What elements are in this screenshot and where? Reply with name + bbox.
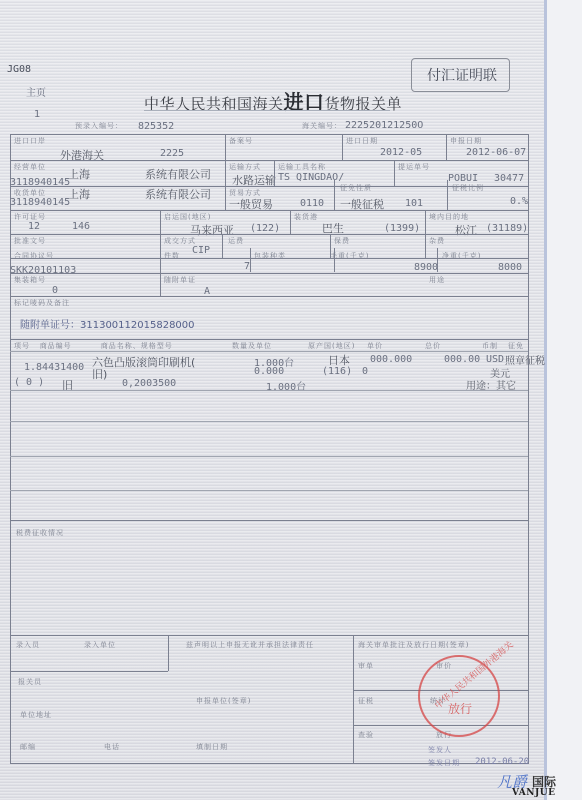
misc-fee-label: 杂费 [429,236,445,246]
import-port-label: 进口口岸 [14,136,46,146]
divider [225,186,226,210]
divider [342,134,343,160]
destination-label: 境内目的地 [429,212,469,222]
row-line [10,234,528,235]
col-exemption: 征免 [508,341,524,351]
row-line [10,635,528,636]
row-line [10,421,528,422]
col-hs-code: 商品编号 [40,342,72,350]
net-weight-value: 8000 [498,262,522,273]
origin-label: 启运国(地区) [164,212,211,222]
col-country: 原产国(地区) [308,341,355,351]
origin-code: (122) [250,223,280,234]
preentry-value: 825352 [138,121,174,132]
approval-label: 批准文号 [14,236,46,246]
issuer-label: 签发人 [428,745,452,755]
goods-exemption: 照章征税 [505,352,545,367]
issue-date-value: 2012-06-20 [475,757,529,767]
divider [222,234,223,258]
divider [225,160,226,186]
divider [225,134,226,160]
divider [168,635,169,671]
scan-margin [547,0,582,800]
goods-spec-value: 0,2003500 [122,378,176,389]
divider [446,134,447,160]
destination-value: 松江 [455,222,477,238]
container-value: 0 [52,285,58,296]
consignee-value: 上海 [68,186,90,202]
transport-mode-label: 运输方式 [229,162,261,172]
unit-address-label: 单位地址 [20,710,52,720]
destination-code: (31189) [486,223,528,234]
seal-center-text: 放行 [448,700,472,717]
row-line [10,296,528,297]
goods-qty2: 0.000 [254,366,284,377]
gross-weight-value: 8900 [414,262,438,273]
goods-name-2: 旧) [92,366,107,382]
row-line [10,273,528,274]
business-unit-value2: 系统有限公司 [145,166,211,182]
row-line [10,210,528,211]
container-label: 集装箱号 [14,275,46,285]
license-value: 12 [28,221,40,232]
col-item-no: 项号 [14,342,30,350]
divider [447,180,448,210]
consignee-code: 3118940145 [10,197,70,208]
customs-approval-label: 海关审单批注及放行日期(签章) [358,640,469,650]
divider [394,160,395,186]
net-weight-label: 净重(千克) [442,251,481,261]
package-label: 包装种类 [254,251,286,261]
postcode-label: 邮编 [20,742,36,752]
declarant-label: 报关员 [18,677,42,687]
contract-label: 合同协议号 [14,251,54,261]
declare-date-value: 2012-06-07 [466,147,526,158]
gross-weight-label: 毛重(千克) [330,251,369,261]
row-line [10,390,528,391]
goods-extra: 0 [362,366,368,377]
copy-name: 付汇证明联 [427,65,497,85]
bl-value2: 30477 [494,173,524,184]
import-date-value: 2012-05 [380,147,422,158]
row-line [10,339,528,340]
divider [160,210,161,296]
goods-unit-price: 000.000 [370,354,412,365]
col-qty: 数量及单位 [232,341,272,351]
loading-port-label: 装货港 [294,212,318,222]
divider [274,160,275,186]
goods-total: 000.00 [444,354,480,365]
col-name: 商品名称、规格型号 [101,342,173,350]
tax-ratio-label: 征税比例 [452,183,484,193]
bl-label: 提运单号 [398,162,430,172]
divider [437,248,438,272]
row-line [10,490,528,491]
row-line [10,671,168,672]
inspection-label: 查验 [358,730,374,740]
row-line [10,520,528,521]
title-underline [144,110,390,111]
page-label: 主页 [26,84,46,99]
levy-label: 征税 [358,696,374,706]
trade-mode-code: 0110 [300,198,324,209]
goods-name: 六色凸版滚筒印刷机( [92,354,195,370]
goods-item-no: ( 0 ) [14,377,44,388]
frame-left [10,134,11,764]
fill-date-label: 填制日期 [196,742,228,752]
attached-docs-label: 随附单证 [164,275,196,285]
col-unit-price: 单价 [367,341,383,351]
entry-unit-label: 录入单位 [84,640,116,650]
goods-country-code: (116) [322,366,352,377]
usage-label: 用途 [429,275,445,285]
deal-mode-value: CIP [192,245,210,256]
customs-no-label: 海关编号： [302,121,342,131]
import-date-label: 进口日期 [346,136,378,146]
divider [353,635,354,764]
form-code: JG08 [7,64,31,75]
marks-value: 随附单证号：311300112015828000 [20,316,195,331]
frame-top [10,134,528,135]
pieces-label: 件数 [164,251,180,261]
record-no-label: 备案号 [229,136,253,146]
divider [250,248,251,272]
row-line [10,351,528,352]
goods-hs-code: 1.84431400 [24,362,84,373]
tax-status-label: 税费征收情况 [16,528,64,538]
col-total: 总价 [425,341,441,351]
phone-label: 电话 [104,742,120,752]
license-value2: 146 [72,221,90,232]
declare-date-label: 申报日期 [450,136,482,146]
loading-port-code: (1399) [384,223,420,234]
freight-label: 运费 [228,236,244,246]
goods-currency: USD [486,354,504,365]
consignee-value2: 系统有限公司 [145,186,211,202]
tax-ratio-value: 0.% [510,196,528,207]
preentry-label: 预录入编号： [75,121,123,131]
business-unit-value: 上海 [68,166,90,182]
page-number: 1 [34,109,40,120]
row-line [10,456,528,457]
divider [334,180,335,210]
watermark-brand-en: VANJUE [512,788,555,798]
tax-nature-label: 征免性质 [340,183,372,193]
row-line [10,160,528,161]
insurance-label: 保费 [334,236,350,246]
marks-label: 标记唛码及备注 [14,298,70,308]
tax-nature-code: 101 [405,198,423,209]
goods-header: 项号 商品编号 商品名称、规格型号 [14,341,173,351]
divider [290,210,291,234]
declaration-text: 兹声明以上申报无讹并承担法律责任 [186,640,314,650]
entry-clerk-label: 录入员 [16,640,40,650]
col-currency: 币制 [482,341,498,351]
customs-no-value: 222520121250O [345,120,423,131]
declaring-unit-label: 申报单位(签章) [196,696,251,706]
import-port-code: 2225 [160,148,184,159]
vessel-name-label: 运输工具名称 [278,162,326,172]
issue-date-label: 签发日期 [428,758,460,768]
business-unit-label: 经营单位 [14,162,46,172]
review-label: 审单 [358,661,374,671]
